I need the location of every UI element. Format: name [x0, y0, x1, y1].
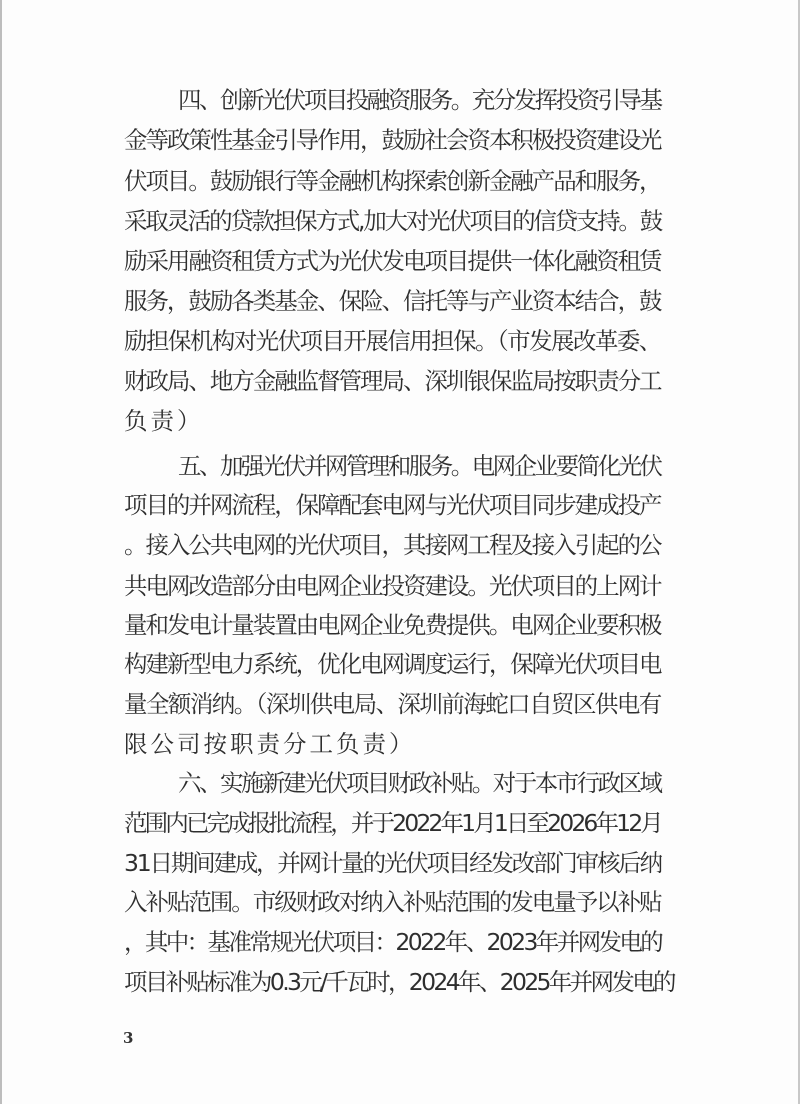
paragraph-5-line-5: 量和发电计量装置由电网企业免费提供。电网企业要积极: [124, 611, 661, 639]
paragraph-6-line-2: 范围内已完成报批流程，并于2022年1月1日至2026年12月: [124, 809, 661, 837]
paragraph-5-line-3: 。接入公共电网的光伏项目，其接网工程及接入引起的公: [124, 531, 661, 559]
paragraph-4-line-7: 励担保机构对光伏项目开展信用担保。（市发展改革委、: [124, 327, 661, 355]
page-number: 3: [123, 1029, 133, 1047]
paragraph-5-line-6: 构建新型电力系统，优化电网调度运行，保障光伏项目电: [124, 650, 661, 678]
paragraph-6-line-1: 六、实施新建光伏项目财政补贴。对于本市行政区域: [178, 769, 661, 797]
paragraph-6-line-3: 31日期间建成，并网计量的光伏项目经发改部门审核后纳: [124, 849, 661, 877]
paragraph-6-line-5: ，其中：基准常规光伏项目：2022年、2023年并网发电的: [124, 928, 661, 956]
paragraph-6-line-4: 入补贴范围。市级财政对纳入补贴范围的发电量予以补贴: [124, 888, 661, 916]
document-page: 四、创新光伏项目投融资服务。充分发挥投资引导基 金等政策性基金引导作用，鼓励社会…: [0, 0, 800, 1104]
paragraph-4-line-9: 负责）: [124, 407, 204, 435]
paragraph-4-line-1: 四、创新光伏项目投融资服务。充分发挥投资引导基: [178, 86, 661, 114]
paragraph-5-line-4: 共电网改造部分由电网企业投资建设。光伏项目的上网计: [124, 572, 661, 600]
paragraph-4-line-4: 采取灵活的贷款担保方式,加大对光伏项目的信贷支持。鼓: [124, 207, 661, 235]
paragraph-6-line-6: 项目补贴标准为0.3元/千瓦时，2024年、2025年并网发电的: [124, 968, 674, 996]
paragraph-5-line-2: 项目的并网流程，保障配套电网与光伏项目同步建成投产: [124, 491, 661, 519]
paragraph-5-line-8: 限公司按职责分工负责）: [124, 730, 416, 758]
paragraph-4-line-2: 金等政策性基金引导作用，鼓励社会资本积极投资建设光: [124, 126, 661, 154]
paragraph-4-line-5: 励采用融资租赁方式为光伏发电项目提供一体化融资租赁: [124, 247, 661, 275]
paragraph-4-line-6: 服务，鼓励各类基金、保险、信托等与产业资本结合，鼓: [124, 287, 661, 315]
paragraph-4-line-3: 伏项目。鼓励银行等金融机构探索创新金融产品和服务，: [124, 167, 661, 195]
paragraph-5-line-7: 量全额消纳。（深圳供电局、深圳前海蛇口自贸区供电有: [124, 690, 661, 718]
paragraph-4-line-8: 财政局、地方金融监督管理局、深圳银保监局按职责分工: [124, 367, 661, 395]
paragraph-5-line-1: 五、加强光伏并网管理和服务。电网企业要简化光伏: [178, 452, 661, 480]
